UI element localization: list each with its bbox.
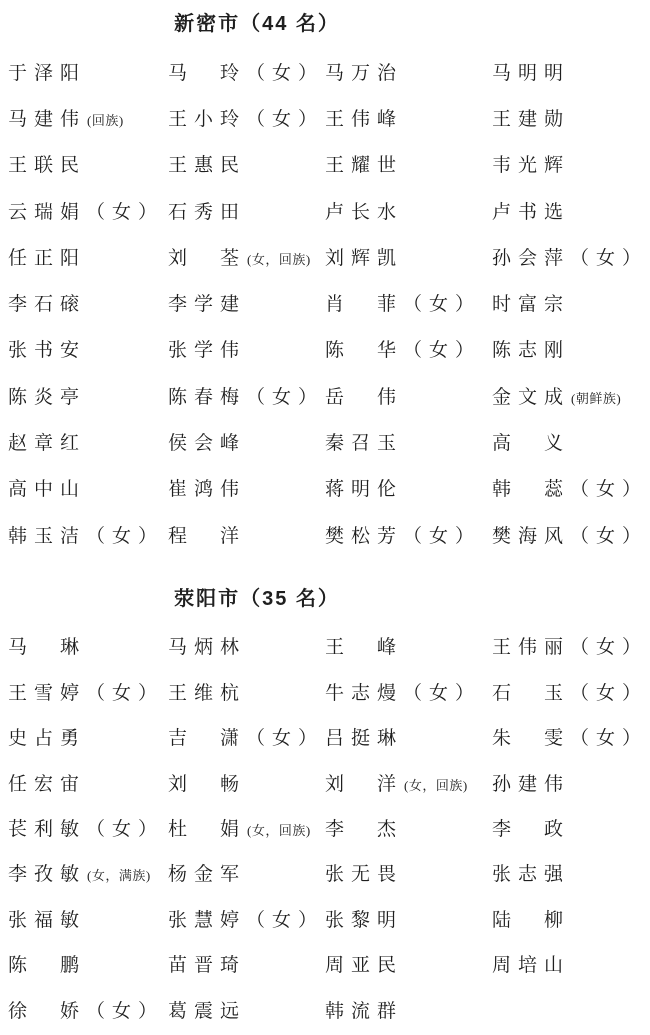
name-cell: 张福敏	[8, 905, 168, 932]
name-row: 马 琳马炳林王 峰王伟丽（女）	[0, 623, 650, 668]
person-name: 刘 畅	[168, 774, 246, 795]
person-name: 陈春梅（女）	[168, 387, 324, 408]
name-cell: 王雪婷（女）	[8, 678, 168, 705]
name-cell: 韦光辉	[492, 150, 650, 177]
name-cell: 周亚民	[325, 950, 492, 977]
name-row: 徐 娇（女）葛震远韩流群	[0, 986, 650, 1031]
person-name: 王伟峰	[325, 109, 403, 130]
person-name: 石 玉（女）	[492, 683, 648, 704]
person-name: 岳 伟	[325, 387, 403, 408]
name-cell: 张黎明	[325, 905, 492, 932]
name-cell: 李 政	[492, 814, 650, 841]
name-cell: 李孜敏(女，满族)	[8, 859, 168, 886]
person-name: 张黎明	[325, 910, 403, 931]
name-row: 张书安张学伟陈 华（女）陈志刚	[0, 326, 650, 372]
name-cell: 刘 洋(女，回族)	[325, 769, 492, 796]
person-name: 孙建伟	[492, 774, 570, 795]
name-cell: 葛震远	[168, 996, 325, 1023]
name-row: 史占勇吉 潇（女）吕挺琳朱 雯（女）	[0, 714, 650, 759]
person-name: 王维杭	[168, 683, 246, 704]
name-cell: 马明明	[492, 58, 650, 85]
person-name: 任宏宙	[8, 774, 86, 795]
name-cell: 韩流群	[325, 996, 492, 1023]
person-name: 刘 荃	[168, 248, 246, 269]
person-name: 樊松芳（女）	[325, 526, 481, 547]
person-name: 朱 雯（女）	[492, 728, 648, 749]
gender-ethnic-note: (女，回族)	[247, 252, 311, 267]
name-row: 高中山崔鸿伟蒋明伦韩 蕊（女）	[0, 465, 650, 511]
person-name: 王惠民	[168, 155, 246, 176]
name-cell: 于泽阳	[8, 58, 168, 85]
person-name: 崔鸿伟	[168, 479, 246, 500]
person-name: 时富宗	[492, 294, 570, 315]
name-cell: 李 杰	[325, 814, 492, 841]
name-cell: 马 玲（女）	[168, 58, 325, 85]
name-cell: 王惠民	[168, 150, 325, 177]
name-cell: 陈春梅（女）	[168, 382, 325, 409]
section-title: 新密市（44 名）	[0, 10, 514, 38]
name-cell: 陈志刚	[492, 335, 650, 362]
person-name: 孙会萍（女）	[492, 248, 648, 269]
person-name: 王小玲（女）	[168, 109, 324, 130]
name-cell: 韩玉洁（女）	[8, 521, 168, 548]
name-cell: 牛志熳（女）	[325, 678, 492, 705]
name-row: 任正阳刘 荃(女，回族)刘辉凯孙会萍（女）	[0, 233, 650, 279]
name-cell: 陈 鹏	[8, 950, 168, 977]
name-row: 李孜敏(女，满族)杨金军张无畏张志强	[0, 850, 650, 895]
person-name: 马炳林	[168, 637, 246, 658]
person-name: 高 义	[492, 433, 570, 454]
name-cell: 马建伟(回族)	[8, 104, 168, 131]
name-cell: 岳 伟	[325, 382, 492, 409]
name-cell: 张慧婷（女）	[168, 905, 325, 932]
name-cell: 肖 菲（女）	[325, 289, 492, 316]
person-name: 周培山	[492, 955, 570, 976]
name-cell: 蒋明伦	[325, 474, 492, 501]
name-cell: 刘 荃(女，回族)	[168, 243, 325, 270]
person-name: 金文成	[492, 387, 570, 408]
name-row: 赵章红侯会峰秦召玉高 义	[0, 418, 650, 464]
name-cell: 王联民	[8, 150, 168, 177]
person-name: 卢书选	[492, 202, 570, 223]
person-name: 张书安	[8, 340, 86, 361]
name-rows: 马 琳马炳林王 峰王伟丽（女）王雪婷（女）王维杭牛志熳（女）石 玉（女）史占勇吉…	[0, 623, 650, 1032]
person-name: 石秀田	[168, 202, 246, 223]
person-name: 陆 柳	[492, 910, 570, 931]
name-row: 苌利敏（女）杜 娟(女，回族)李 杰李 政	[0, 805, 650, 850]
name-cell: 程 洋	[168, 521, 325, 548]
name-cell: 樊海风（女）	[492, 521, 650, 548]
section-title: 荥阳市（35 名）	[0, 585, 514, 613]
name-cell: 任宏宙	[8, 769, 168, 796]
name-cell: 高 义	[492, 428, 650, 455]
name-cell: 李学建	[168, 289, 325, 316]
name-row: 王联民王惠民王耀世韦光辉	[0, 141, 650, 187]
name-cell: 苌利敏（女）	[8, 814, 168, 841]
name-cell: 王伟丽（女）	[492, 632, 650, 659]
name-cell: 王伟峰	[325, 104, 492, 131]
name-row: 王雪婷（女）王维杭牛志熳（女）石 玉（女）	[0, 669, 650, 714]
person-name: 李 政	[492, 819, 570, 840]
name-row: 陈 鹏苗晋琦周亚民周培山	[0, 941, 650, 986]
name-cell: 金文成(朝鲜族)	[492, 382, 650, 409]
person-name: 李孜敏	[8, 864, 86, 885]
person-name: 王 峰	[325, 637, 403, 658]
name-cell: 王小玲（女）	[168, 104, 325, 131]
city-section: 荥阳市（35 名）马 琳马炳林王 峰王伟丽（女）王雪婷（女）王维杭牛志熳（女）石…	[0, 585, 650, 1032]
name-cell: 石 玉（女）	[492, 678, 650, 705]
person-name: 王雪婷（女）	[8, 683, 164, 704]
name-cell: 张学伟	[168, 335, 325, 362]
name-row: 张福敏张慧婷（女）张黎明陆 柳	[0, 896, 650, 941]
person-name: 杨金军	[168, 864, 246, 885]
name-cell: 陈炎亭	[8, 382, 168, 409]
name-cell: 秦召玉	[325, 428, 492, 455]
person-name: 马 琳	[8, 637, 86, 658]
person-name: 马 玲（女）	[168, 63, 324, 84]
person-name: 张学伟	[168, 340, 246, 361]
name-cell: 陈 华（女）	[325, 335, 492, 362]
person-name: 刘辉凯	[325, 248, 403, 269]
name-cell: 孙会萍（女）	[492, 243, 650, 270]
person-name: 高中山	[8, 479, 86, 500]
person-name: 刘 洋	[325, 774, 403, 795]
gender-ethnic-note: (女，回族)	[404, 778, 468, 793]
person-name: 吉 潇（女）	[168, 728, 324, 749]
person-name: 李 杰	[325, 819, 403, 840]
person-name: 王联民	[8, 155, 86, 176]
person-name: 杜 娟	[168, 819, 246, 840]
name-cell: 刘 畅	[168, 769, 325, 796]
gender-ethnic-note: (朝鲜族)	[571, 391, 621, 406]
person-name: 陈 鹏	[8, 955, 86, 976]
name-row: 任宏宙刘 畅刘 洋(女，回族)孙建伟	[0, 759, 650, 804]
name-cell: 王耀世	[325, 150, 492, 177]
name-cell: 刘辉凯	[325, 243, 492, 270]
person-name: 陈志刚	[492, 340, 570, 361]
name-cell: 赵章红	[8, 428, 168, 455]
person-name: 赵章红	[8, 433, 86, 454]
person-name: 李石磙	[8, 294, 86, 315]
person-name: 韦光辉	[492, 155, 570, 176]
name-cell: 徐 娇（女）	[8, 996, 168, 1023]
gender-ethnic-note: (女，回族)	[247, 823, 311, 838]
name-list-sections: 新密市（44 名）于泽阳马 玲（女）马万治马明明马建伟(回族)王小玲（女）王伟峰…	[0, 10, 650, 1032]
person-name: 卢长水	[325, 202, 403, 223]
name-cell: 王 峰	[325, 632, 492, 659]
person-name: 侯会峰	[168, 433, 246, 454]
name-cell: 时富宗	[492, 289, 650, 316]
name-cell: 史占勇	[8, 723, 168, 750]
name-cell: 杜 娟(女，回族)	[168, 814, 325, 841]
person-name: 吕挺琳	[325, 728, 403, 749]
name-cell: 吕挺琳	[325, 723, 492, 750]
person-name: 苗晋琦	[168, 955, 246, 976]
person-name: 程 洋	[168, 526, 246, 547]
person-name: 蒋明伦	[325, 479, 403, 500]
name-row: 韩玉洁（女）程 洋樊松芳（女）樊海风（女）	[0, 511, 650, 557]
name-cell: 云瑞娟（女）	[8, 197, 168, 224]
name-row: 陈炎亭陈春梅（女）岳 伟金文成(朝鲜族)	[0, 372, 650, 418]
name-rows: 于泽阳马 玲（女）马万治马明明马建伟(回族)王小玲（女）王伟峰王建勋王联民王惠民…	[0, 48, 650, 557]
person-name: 韩 蕊（女）	[492, 479, 648, 500]
gender-ethnic-note: (女，满族)	[87, 868, 151, 883]
name-cell: 崔鸿伟	[168, 474, 325, 501]
person-name: 马明明	[492, 63, 570, 84]
name-cell: 朱 雯（女）	[492, 723, 650, 750]
name-row: 云瑞娟（女）石秀田卢长水卢书选	[0, 187, 650, 233]
person-name: 张慧婷（女）	[168, 910, 324, 931]
name-row: 于泽阳马 玲（女）马万治马明明	[0, 48, 650, 94]
name-cell: 苗晋琦	[168, 950, 325, 977]
name-cell: 马万治	[325, 58, 492, 85]
person-name: 徐 娇（女）	[8, 1001, 164, 1022]
name-cell: 吉 潇（女）	[168, 723, 325, 750]
person-name: 张福敏	[8, 910, 86, 931]
name-cell: 侯会峰	[168, 428, 325, 455]
name-cell: 张无畏	[325, 859, 492, 886]
name-cell: 高中山	[8, 474, 168, 501]
name-cell: 杨金军	[168, 859, 325, 886]
document-page: 新密市（44 名）于泽阳马 玲（女）马万治马明明马建伟(回族)王小玲（女）王伟峰…	[0, 0, 650, 1035]
person-name: 张无畏	[325, 864, 403, 885]
person-name: 任正阳	[8, 248, 86, 269]
name-cell: 马炳林	[168, 632, 325, 659]
name-cell: 周培山	[492, 950, 650, 977]
person-name: 于泽阳	[8, 63, 86, 84]
name-cell: 马 琳	[8, 632, 168, 659]
person-name: 陈 华（女）	[325, 340, 481, 361]
person-name: 马建伟	[8, 109, 86, 130]
name-row: 李石磙李学建肖 菲（女）时富宗	[0, 279, 650, 325]
person-name: 王耀世	[325, 155, 403, 176]
name-cell: 王维杭	[168, 678, 325, 705]
person-name: 韩流群	[325, 1001, 403, 1022]
name-cell: 陆 柳	[492, 905, 650, 932]
name-cell: 李石磙	[8, 289, 168, 316]
person-name: 苌利敏（女）	[8, 819, 164, 840]
person-name: 马万治	[325, 63, 403, 84]
person-name: 葛震远	[168, 1001, 246, 1022]
name-cell: 卢书选	[492, 197, 650, 224]
name-cell: 张书安	[8, 335, 168, 362]
name-cell: 樊松芳（女）	[325, 521, 492, 548]
name-cell: 石秀田	[168, 197, 325, 224]
person-name: 牛志熳（女）	[325, 683, 481, 704]
person-name: 史占勇	[8, 728, 86, 749]
person-name: 张志强	[492, 864, 570, 885]
name-cell: 韩 蕊（女）	[492, 474, 650, 501]
person-name: 云瑞娟（女）	[8, 202, 164, 223]
name-cell: 任正阳	[8, 243, 168, 270]
name-cell: 王建勋	[492, 104, 650, 131]
person-name: 秦召玉	[325, 433, 403, 454]
name-cell: 卢长水	[325, 197, 492, 224]
person-name: 李学建	[168, 294, 246, 315]
gender-ethnic-note: (回族)	[87, 113, 124, 128]
person-name: 周亚民	[325, 955, 403, 976]
person-name: 韩玉洁（女）	[8, 526, 164, 547]
person-name: 王伟丽（女）	[492, 637, 648, 658]
city-section: 新密市（44 名）于泽阳马 玲（女）马万治马明明马建伟(回族)王小玲（女）王伟峰…	[0, 10, 650, 557]
name-cell: 孙建伟	[492, 769, 650, 796]
name-row: 马建伟(回族)王小玲（女）王伟峰王建勋	[0, 94, 650, 140]
name-cell: 张志强	[492, 859, 650, 886]
person-name: 肖 菲（女）	[325, 294, 481, 315]
person-name: 陈炎亭	[8, 387, 86, 408]
person-name: 王建勋	[492, 109, 570, 130]
person-name: 樊海风（女）	[492, 526, 648, 547]
